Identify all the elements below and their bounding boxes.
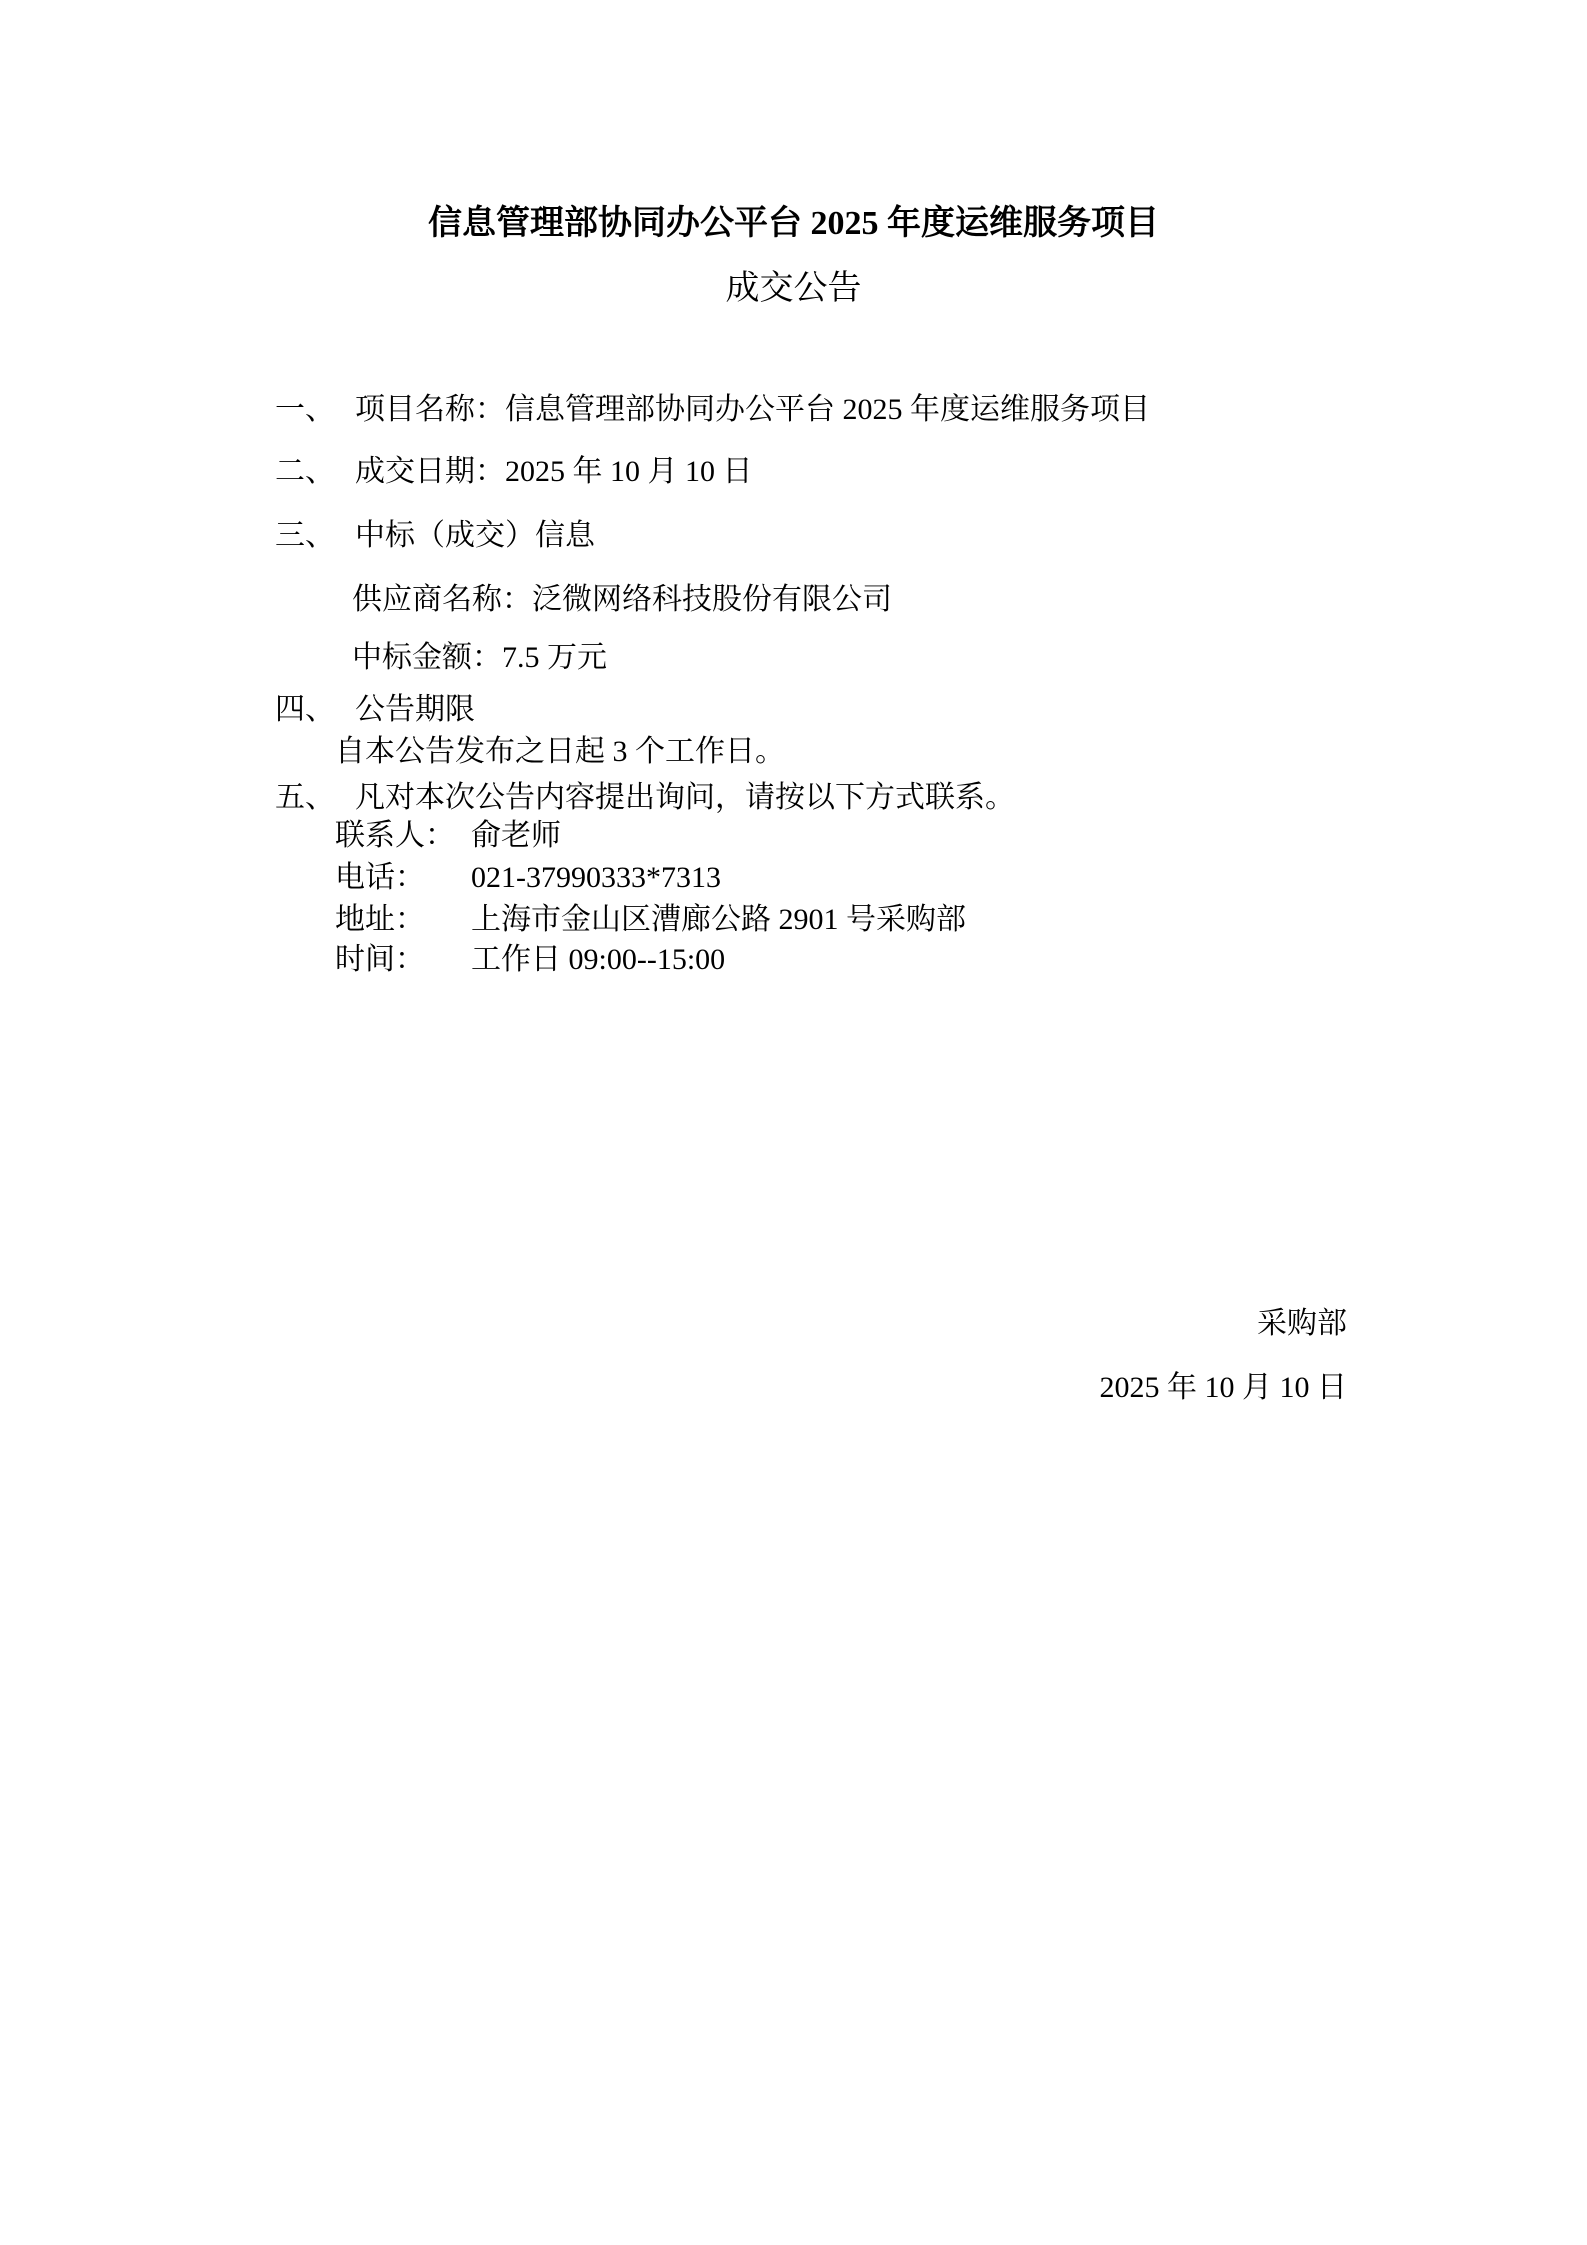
signature-date: 2025 年 10 月 10 日 xyxy=(1100,1368,1348,1408)
document-title: 信息管理部协同办公平台 2025 年度运维服务项目 xyxy=(0,201,1587,247)
award-amount-line: 中标金额：7.5 万元 xyxy=(352,638,607,678)
contact-label: 时间： xyxy=(335,940,471,980)
list-item-notice-period: 四、 公告期限 xyxy=(275,690,475,730)
contact-value: 上海市金山区漕廊公路 2901 号采购部 xyxy=(471,900,966,940)
item-text: 中标（成交）信息 xyxy=(355,516,595,556)
item-text: 成交日期：2025 年 10 月 10 日 xyxy=(355,452,753,492)
list-item-inquiry: 五、 凡对本次公告内容提出询问，请按以下方式联系。 xyxy=(275,778,1015,818)
contact-address-row: 地址： 上海市金山区漕廊公路 2901 号采购部 xyxy=(335,900,966,940)
supplier-name-line: 供应商名称：泛微网络科技股份有限公司 xyxy=(352,580,892,620)
list-item-award-date: 二、 成交日期：2025 年 10 月 10 日 xyxy=(275,452,753,492)
contact-value: 工作日 09:00--15:00 xyxy=(471,940,725,980)
document-subtitle: 成交公告 xyxy=(0,266,1587,312)
item-text: 项目名称：信息管理部协同办公平台 2025 年度运维服务项目 xyxy=(355,390,1150,430)
contact-label: 地址： xyxy=(335,900,471,940)
contact-value: 俞老师 xyxy=(471,816,561,856)
contact-label: 联系人： xyxy=(335,816,471,856)
contact-label: 电话： xyxy=(335,858,471,898)
contact-person-row: 联系人： 俞老师 xyxy=(335,816,561,856)
list-item-award-info: 三、 中标（成交）信息 xyxy=(275,516,595,556)
list-item-project-name: 一、 项目名称：信息管理部协同办公平台 2025 年度运维服务项目 xyxy=(275,390,1150,430)
item-number: 四、 xyxy=(275,690,355,730)
item-number: 二、 xyxy=(275,452,355,492)
contact-time-row: 时间： 工作日 09:00--15:00 xyxy=(335,940,725,980)
contact-value: 021-37990333*7313 xyxy=(471,858,721,898)
item-text: 凡对本次公告内容提出询问，请按以下方式联系。 xyxy=(355,778,1015,818)
item-number: 一、 xyxy=(275,390,355,430)
document-page: 信息管理部协同办公平台 2025 年度运维服务项目 成交公告 一、 项目名称：信… xyxy=(0,0,1587,2245)
contact-phone-row: 电话： 021-37990333*7313 xyxy=(335,858,721,898)
item-number: 五、 xyxy=(275,778,355,818)
item-number: 三、 xyxy=(275,516,355,556)
signature-department: 采购部 xyxy=(1257,1304,1347,1344)
item-text: 公告期限 xyxy=(355,690,475,730)
notice-period-body: 自本公告发布之日起 3 个工作日。 xyxy=(335,732,785,772)
